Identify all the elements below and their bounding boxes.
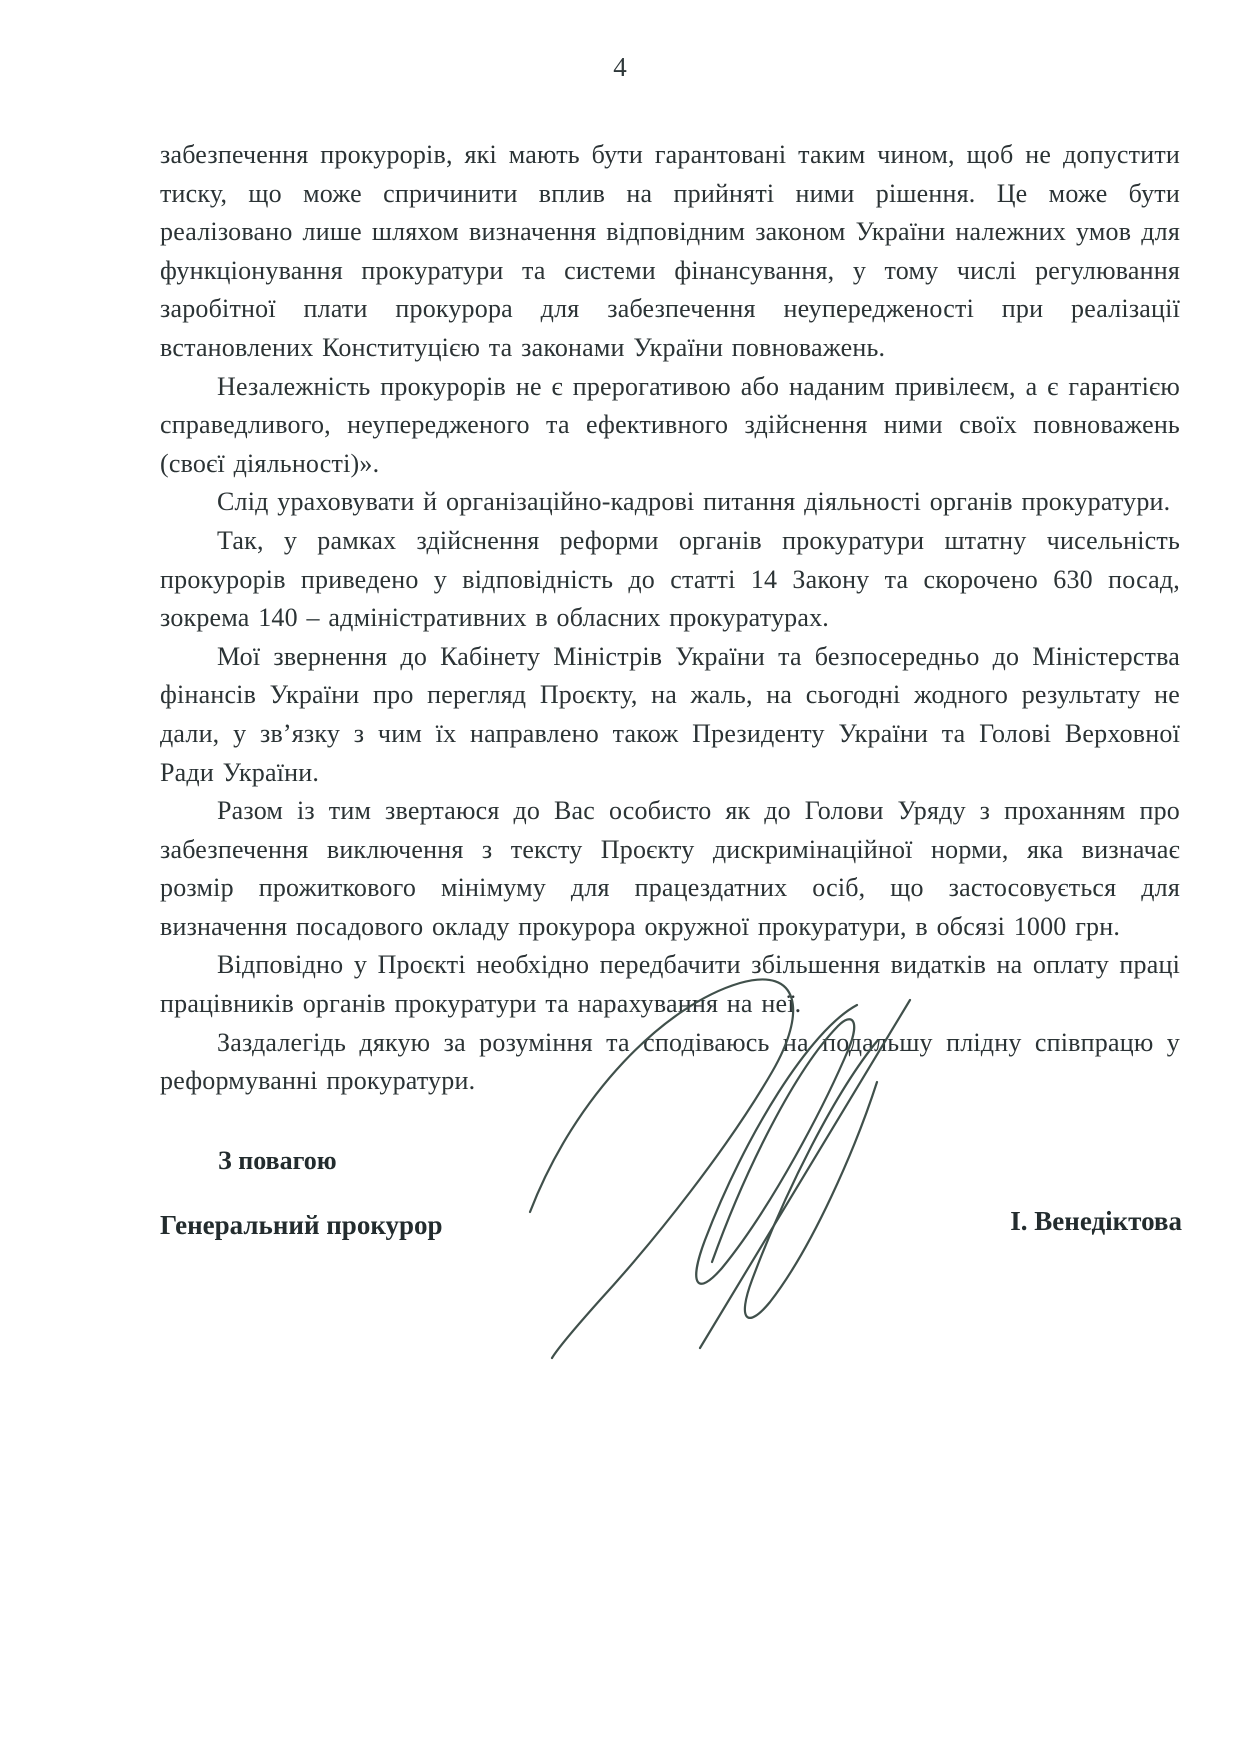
paragraph: забезпечення прокурорів, які мають бути … <box>160 136 1180 368</box>
closing-salutation: З повагою <box>218 1146 337 1176</box>
signature-icon <box>490 965 930 1375</box>
paragraph: Незалежність прокурорів не є прерогативо… <box>160 368 1180 484</box>
signer-name: І. Венедіктова <box>1010 1206 1182 1237</box>
paragraph: Мої звернення до Кабінету Міністрів Укра… <box>160 638 1180 792</box>
signer-title: Генеральний прокурор <box>160 1210 443 1241</box>
paragraph: Разом із тим звертаюся до Вас особисто я… <box>160 792 1180 946</box>
document-page: 4 забезпечення прокурорів, які мають бут… <box>0 0 1240 1755</box>
paragraph: Так, у рамках здійснення реформи органів… <box>160 522 1180 638</box>
letter-body: забезпечення прокурорів, які мають бути … <box>160 136 1180 1101</box>
page-number: 4 <box>0 52 1240 83</box>
paragraph: Слід ураховувати й організаційно-кадрові… <box>160 483 1180 522</box>
